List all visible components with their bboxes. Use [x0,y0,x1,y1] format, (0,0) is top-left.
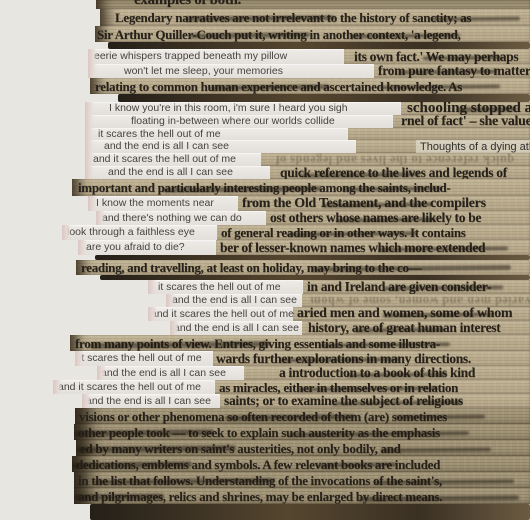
poem-text: floating in-between where our worlds col… [131,116,335,127]
paper-strip: examples of both. [96,0,530,9]
show-through-text: quick reference to the lives and legends… [275,153,514,166]
poem-text: look through a faithless eye [67,227,195,238]
torn-edge-strip [118,94,530,102]
poem-text: it scares the hell out of me [79,353,202,364]
paper-strip: look through a faithless eye of general … [62,225,530,240]
poem-text: and the end is all I can see [172,295,297,306]
poem-text: and it scares the hell out of me [93,154,236,165]
paper-strip: are you afraid to die? ber of lesser-kno… [78,240,530,255]
paper-strip: and it scares the hell out of me quick r… [85,153,530,166]
paper-strip: Sir Arthur Quiller-Couch put it, writing… [95,26,530,42]
paper-strip: other people took — to seek to explain s… [74,424,530,440]
paper-strip: Legendary narratives are not irrelevant … [100,9,530,26]
paper-strip: and the end is all I can see quick refer… [85,166,530,179]
poem-text: I know the moments near [96,198,214,209]
poem-text: won't let me sleep, your memories [124,66,283,77]
paper-strip: it scares the hell out of me wards furth… [75,351,530,366]
poem-text: and the end is all I can see [174,323,299,334]
paper-strip: reading, and travelling, at least on hol… [76,260,530,275]
collage-page: examples of both. Legendary narratives a… [0,0,530,520]
ink-scribble [423,56,503,61]
ink-scribble [317,463,397,468]
paper-strip: and the end is all I can see a introduct… [97,366,530,380]
torn-edge-strip [108,42,530,49]
paper-strip: visions or other phenomena so often reco… [75,408,530,424]
paper-strip: relating to common human experience and … [90,78,530,94]
paper-strip: in the list that follows. Understanding … [74,472,530,488]
paper-strip: and the end is all I can see Thoughts of… [85,140,530,153]
paper-strip: important and particularly interesting p… [72,179,530,196]
paper-strip: and the end is all I can see history, ar… [170,321,530,335]
poem-text: and the end is all I can see [104,141,229,152]
paper-strip: and the end is all I can see varied men … [166,294,530,307]
poem-text: it scares the hell out of me [158,282,281,293]
poem-title-text: Thoughts of a dying atheist [416,140,530,153]
poem-text: and the end is all I can see [101,368,226,379]
book-text: examples of both. [134,0,241,8]
poem-text: and the end is all I can see [108,167,233,178]
paper-strip: and it scares the hell out of me aried m… [148,307,530,321]
poem-text: I know you're in this room, i'm sure I h… [109,103,348,114]
poem-text: and the end is all I can see [86,396,211,407]
paper-strip: ed by many writers on saint's austeritie… [76,440,530,456]
poem-text: it scares the hell out of me [98,129,221,140]
paper-strip: and pilgrimages, relics and shrines, may… [74,488,530,504]
ink-scribble [74,494,164,501]
paper-strip: won't let me sleep, your memories from p… [88,64,530,78]
paper-strip: I know you're in this room, i'm sure I h… [85,102,530,115]
poem-text: are you afraid to die? [86,242,185,253]
torn-edge-strip [90,504,530,520]
poem-text: and it scares the hell out of me [58,382,201,393]
paper-strip: and it scares the hell out of me as mira… [53,380,530,394]
book-text: rnel of fact' – she valued [401,115,530,128]
paper-strip: floating in-between where our worlds col… [85,115,530,128]
paper-strip: and the end is all I can see saints; or … [82,394,530,408]
paper-strip: it scares the hell out of me in and Irel… [148,280,530,294]
poem-text: and it scares the hell out of me [151,309,294,320]
paper-strip: eerie whispers trapped beneath my pillow… [88,49,530,64]
ink-scribble [457,107,517,113]
paper-strip: and there's nothing we can do ost others… [96,211,530,225]
ink-scribble [72,461,192,468]
paper-strip: dedications, emblems and symbols. A few … [72,456,530,472]
poem-text: eerie whispers trapped beneath my pillow [94,51,287,62]
paper-strip: it scares the hell out of me [85,128,530,140]
paper-strip: from many points of view. Entries, givin… [70,335,530,351]
show-through-text: varied men and women, some of whom [310,294,530,307]
poem-text: and there's nothing we can do [102,213,242,224]
paper-strip: I know the moments near from the Old Tes… [88,196,530,211]
